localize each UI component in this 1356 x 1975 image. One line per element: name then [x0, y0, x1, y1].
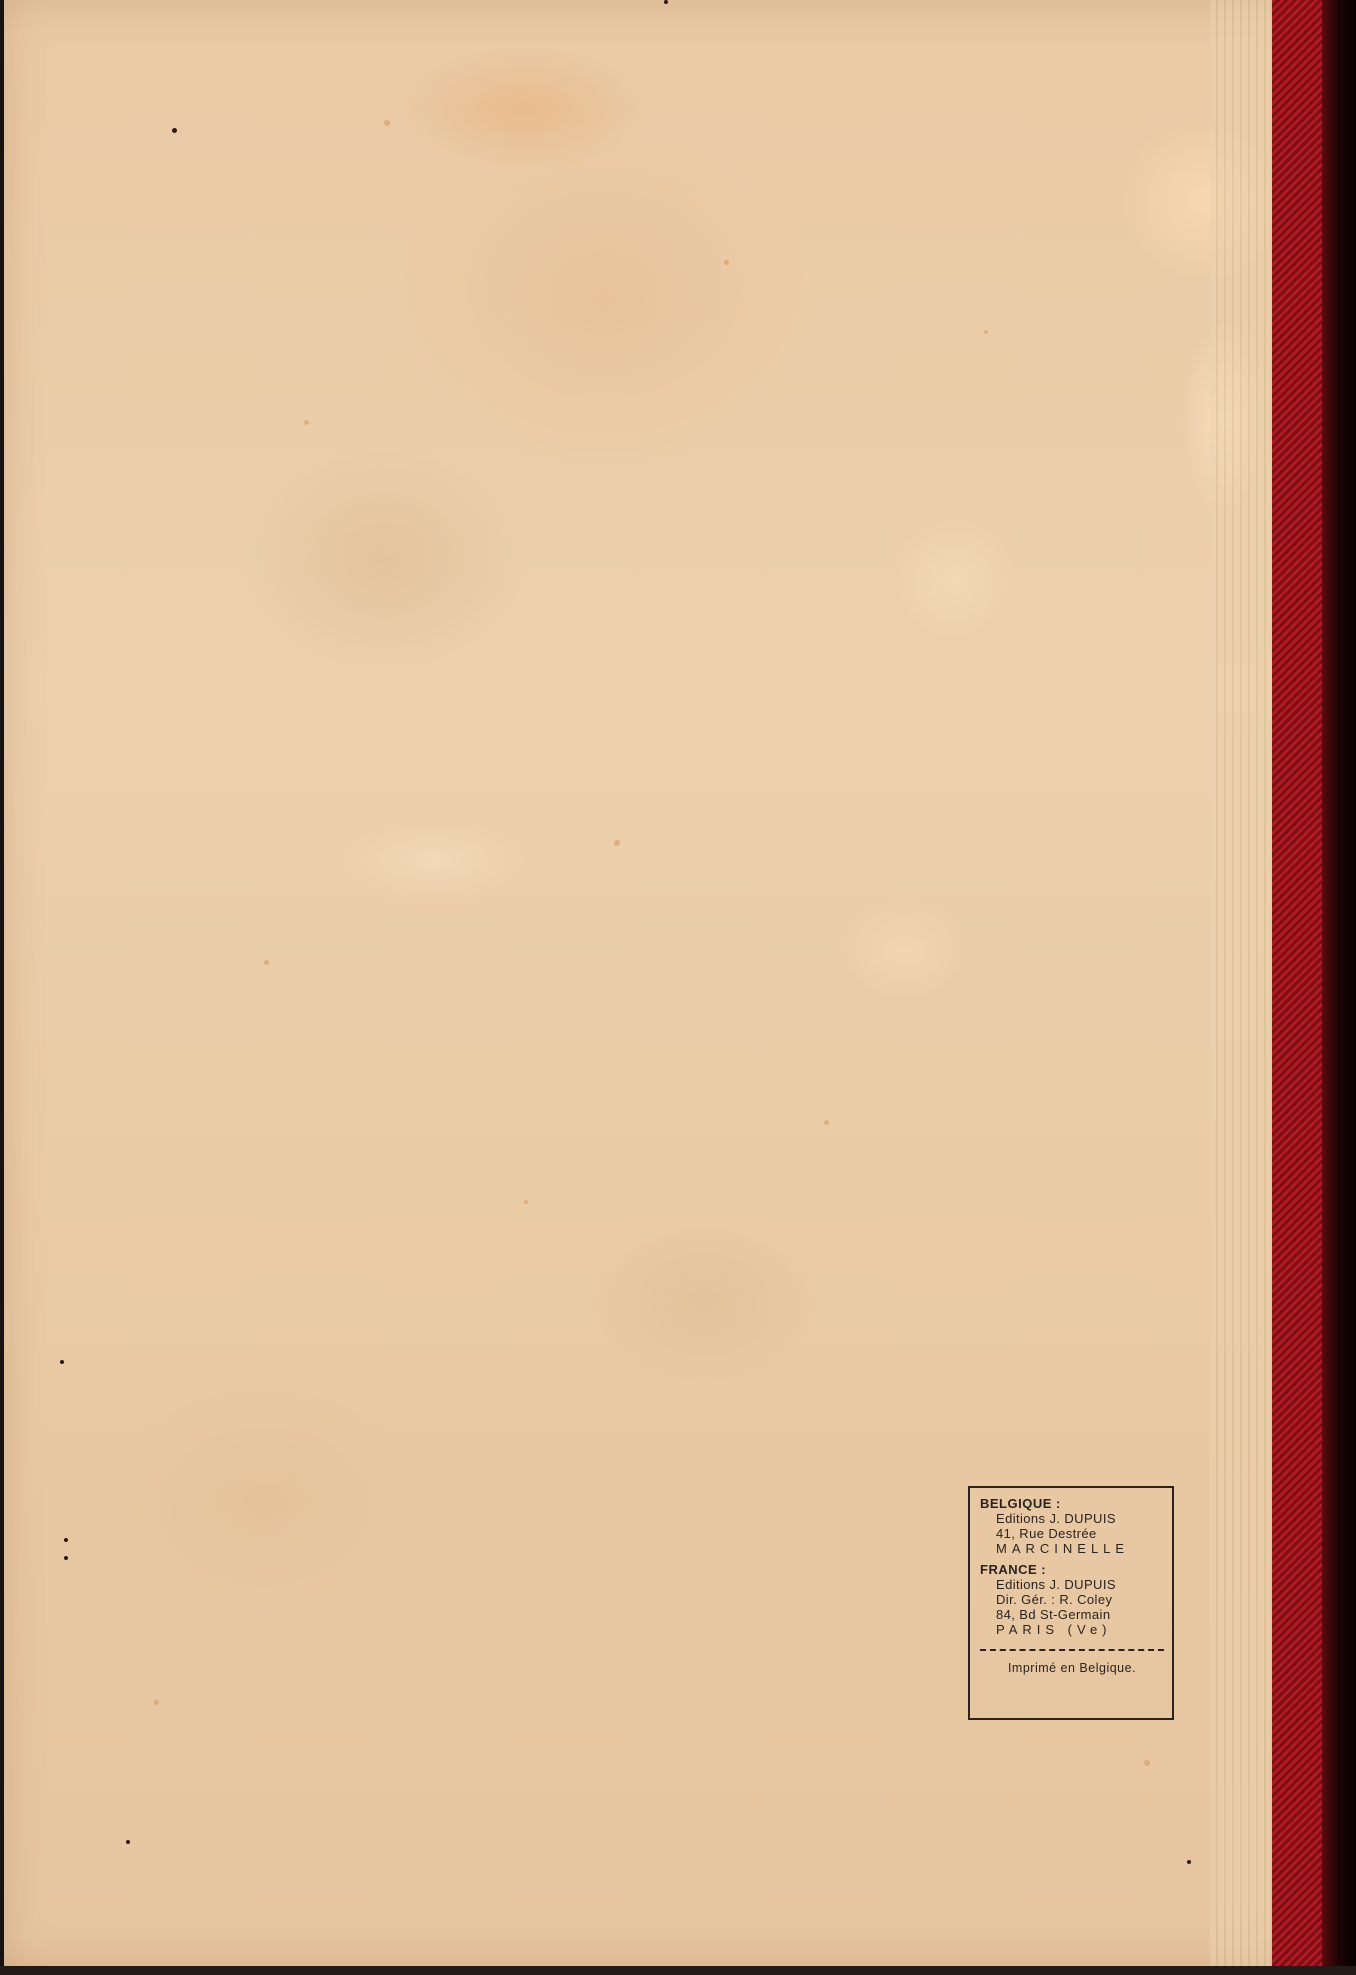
publisher-imprint-box: BELGIQUE : Editions J. DUPUIS 41, Rue De…	[968, 1486, 1174, 1720]
printed-in-note: Imprimé en Belgique.	[980, 1661, 1164, 1676]
spine-shadow	[1322, 0, 1356, 1975]
belgique-publisher: Editions J. DUPUIS	[980, 1511, 1164, 1526]
france-city: PARIS (Ve)	[980, 1622, 1164, 1637]
red-cloth-spine	[1272, 0, 1322, 1968]
back-cover: BELGIQUE : Editions J. DUPUIS 41, Rue De…	[4, 0, 1300, 1968]
france-publisher: Editions J. DUPUIS	[980, 1577, 1164, 1592]
france-street: 84, Bd St-Germain	[980, 1607, 1164, 1622]
france-director: Dir. Gér. : R. Coley	[980, 1592, 1164, 1607]
bottom-shadow	[0, 1966, 1356, 1975]
belgique-street: 41, Rue Destrée	[980, 1526, 1164, 1541]
belgique-city: MARCINELLE	[980, 1541, 1164, 1556]
france-heading: FRANCE :	[980, 1562, 1164, 1577]
dashed-divider	[980, 1649, 1164, 1651]
page-edges	[1210, 0, 1270, 1968]
imprint-belgique: BELGIQUE : Editions J. DUPUIS 41, Rue De…	[980, 1496, 1164, 1556]
belgique-heading: BELGIQUE :	[980, 1496, 1164, 1511]
imprint-france: FRANCE : Editions J. DUPUIS Dir. Gér. : …	[980, 1562, 1164, 1637]
